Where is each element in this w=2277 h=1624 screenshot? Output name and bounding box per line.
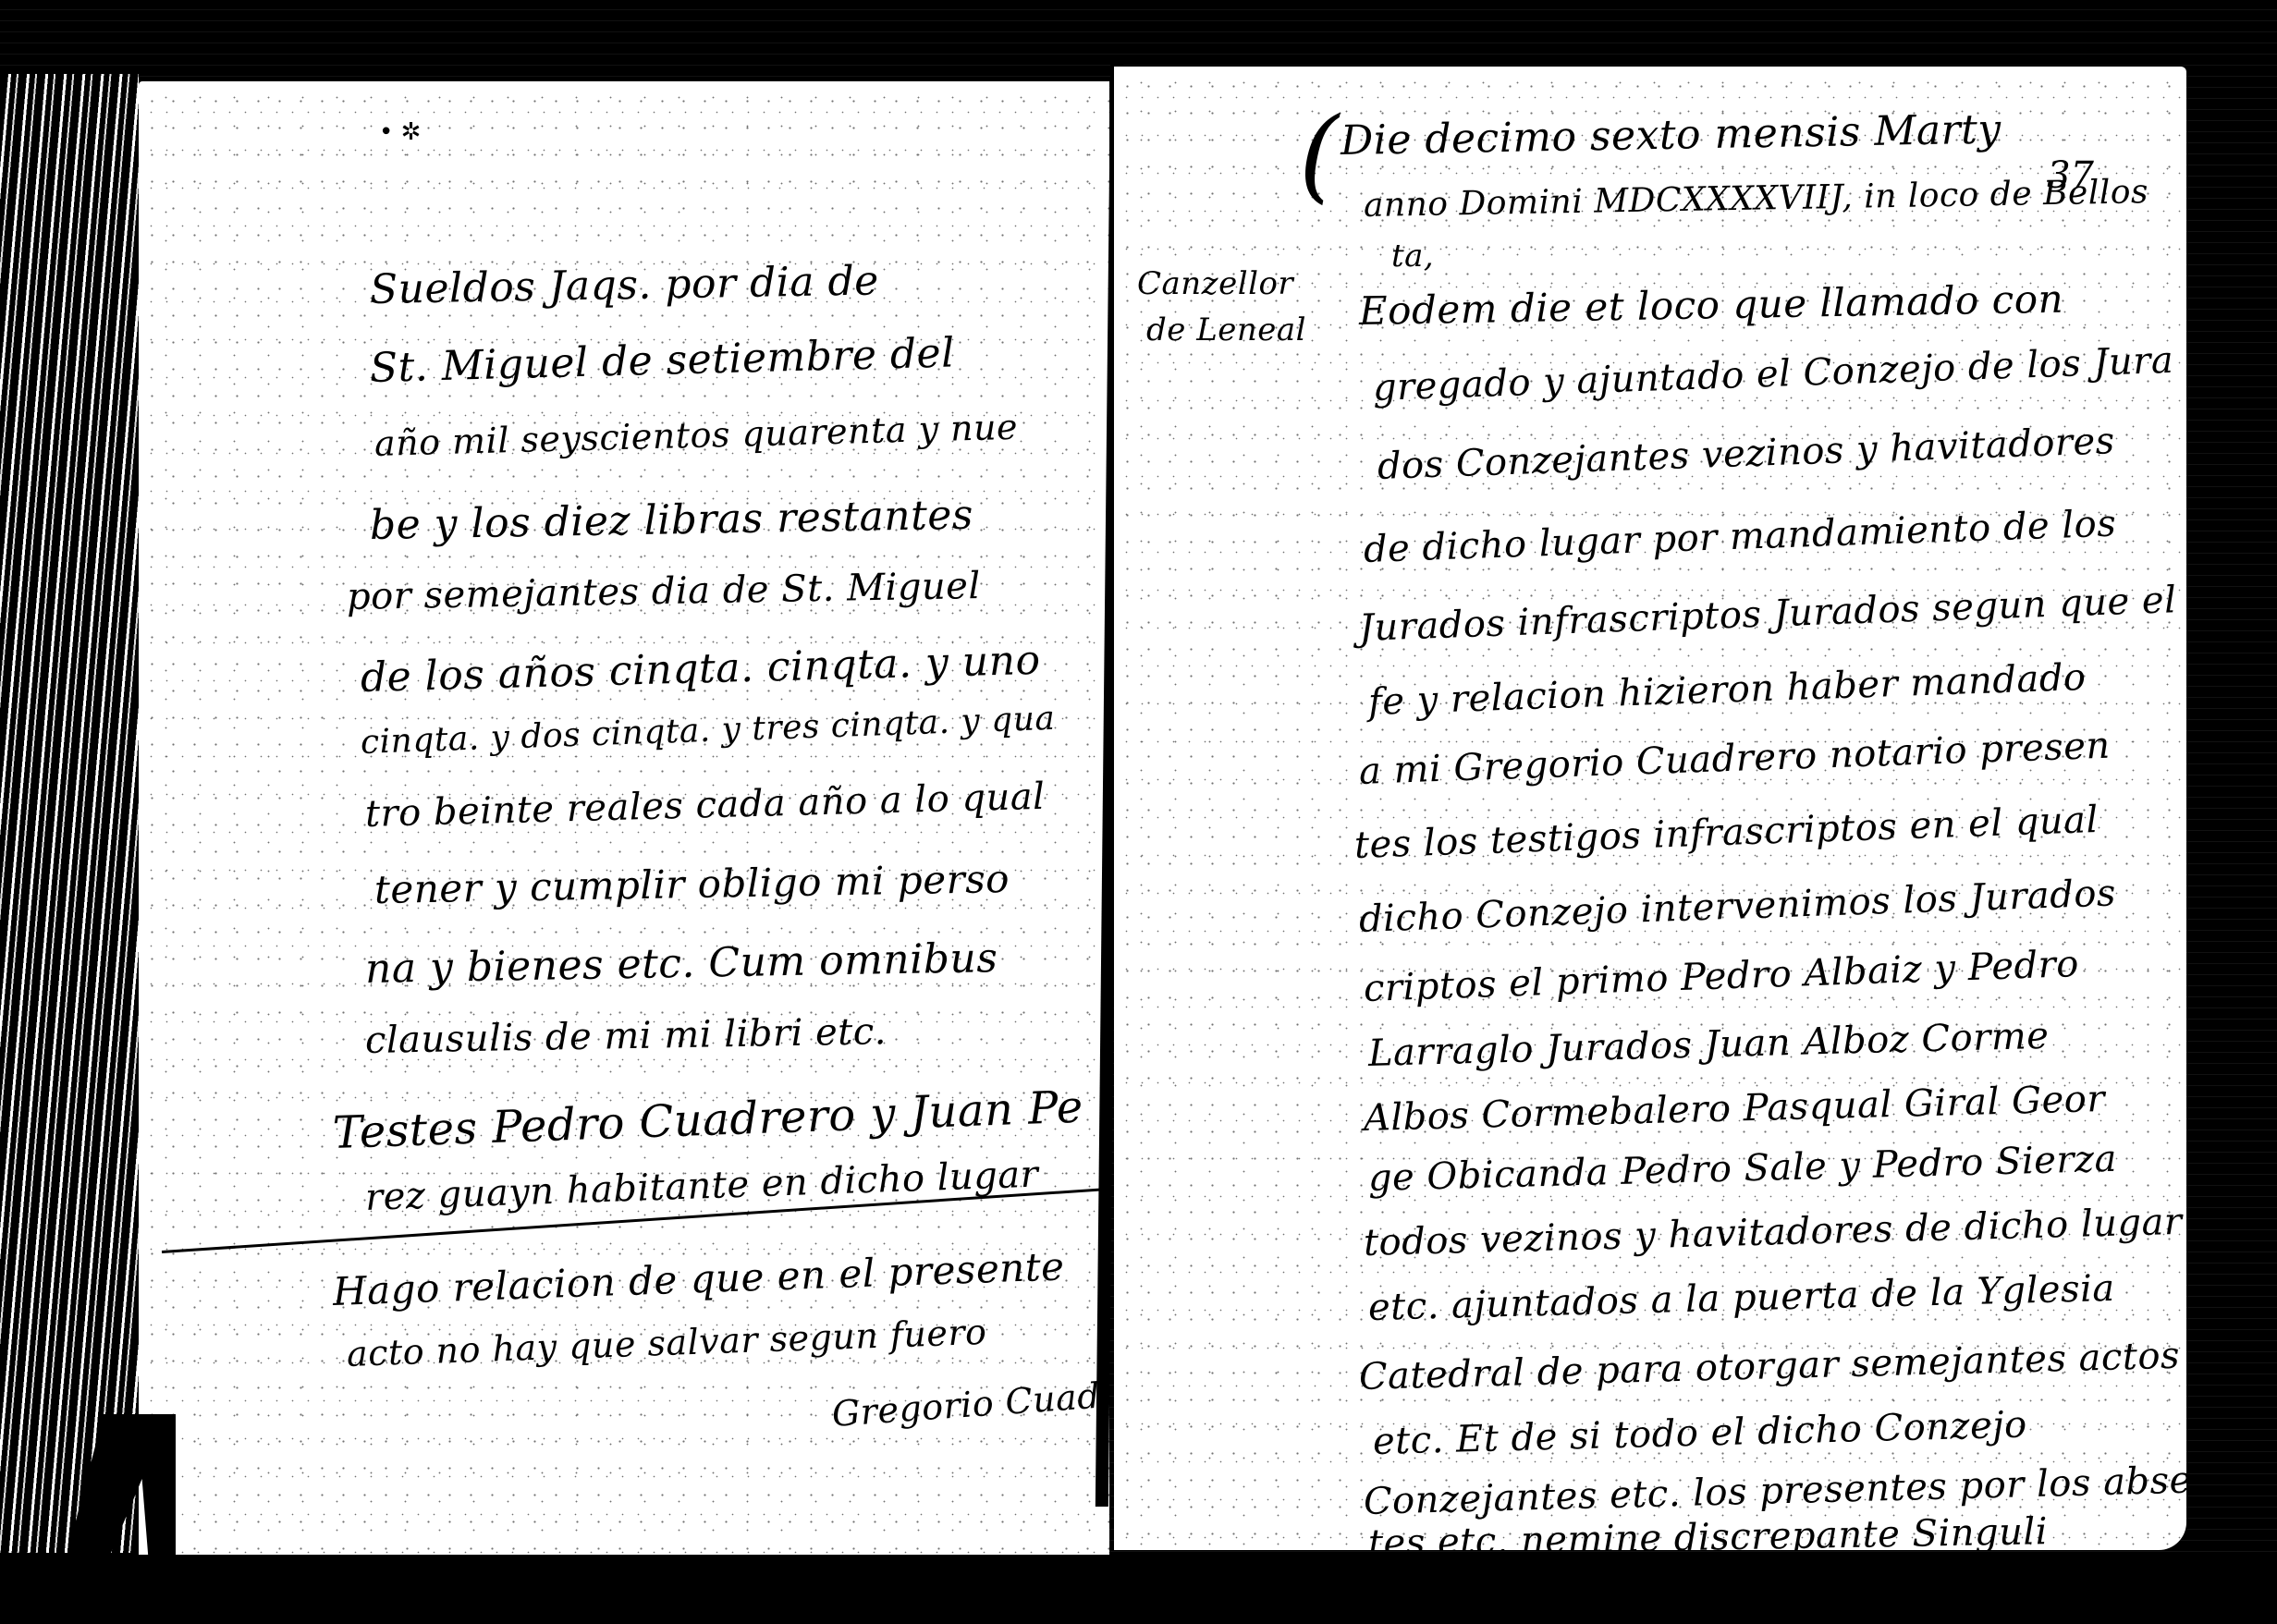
text-line: tro beinte reales cada año a lo qual xyxy=(364,775,1046,836)
page-edges-stack xyxy=(0,74,139,1553)
left-page: • ✲ Sueldos Jaqs. por dia de St. Miguel … xyxy=(139,81,1109,1560)
text-line: rez guayn habitante en dicho lugar xyxy=(364,1154,1039,1219)
margin-note-line: de Leneal xyxy=(1146,311,1306,348)
right-page: 37 Canzellor de Leneal ( Die decimo sext… xyxy=(1114,67,2186,1550)
text-line: de los años cinqta. cinqta. y uno xyxy=(360,637,1041,702)
ink-specks: • ✲ xyxy=(379,118,421,146)
text-line: etc. Et de si todo el dicho Conzejo xyxy=(1372,1403,2027,1463)
margin-note-line: Canzellor xyxy=(1137,265,1293,302)
text-line: acto no hay que salvar segun fuero xyxy=(346,1312,987,1374)
text-line: Die decimo sexto mensis Marty xyxy=(1340,106,2002,165)
text-line: ta, xyxy=(1391,238,1434,275)
text-line: Sueldos Jaqs. por dia de xyxy=(370,257,880,313)
text-line: a mi Gregorio Cuadrero notario presen xyxy=(1358,725,2111,793)
text-line: fe y relacion hizieron haber mandado xyxy=(1367,656,2087,724)
text-line: Larraglo Jurados Juan Alboz Corme xyxy=(1367,1015,2050,1075)
text-line: Hago relacion de que en el presente xyxy=(332,1243,1065,1314)
text-line: na y bienes etc. Cum omnibus xyxy=(365,934,998,993)
witnesses-line: Testes Pedro Cuadrero y Juan Pe xyxy=(332,1081,1084,1159)
text-line: anno Domini MDCXXXXVIIJ, in loco de Bell… xyxy=(1364,173,2149,225)
text-line: por semejantes dia de St. Miguel xyxy=(347,565,981,618)
text-line: etc. ajuntados a la puerta de la Yglesia xyxy=(1367,1267,2115,1329)
text-line: tes los testigos infrascriptos en el qua… xyxy=(1353,799,2099,867)
decorated-initial: ( xyxy=(1299,104,1339,205)
text-line: Catedral de para otorgar semejantes acto… xyxy=(1358,1335,2180,1398)
text-line: tener y cumplir obligo mi perso xyxy=(374,856,1010,912)
text-line: St. Miguel de setiembre del xyxy=(369,329,955,392)
text-line: de dicho lugar por mandamiento de los xyxy=(1363,503,2117,571)
text-line: clausulis de mi mi libri etc. xyxy=(365,1010,888,1062)
text-line: Conzejantes etc. los presentes por los a… xyxy=(1363,1459,2186,1523)
notary-signature: Gregorio Cuadrero xyxy=(830,1370,1109,1435)
text-line: criptos el primo Pedro Albaiz y Pedro xyxy=(1363,943,2079,1010)
text-line: año mil seyscientos quarenta y nue xyxy=(373,407,1018,464)
text-line: ge Obicanda Pedro Sale y Pedro Sierza xyxy=(1367,1138,2117,1200)
text-line: todos vezinos y havitadores de dicho lug… xyxy=(1363,1201,2183,1264)
text-line: Jurados infrascriptos Jurados segun que … xyxy=(1358,579,2177,650)
text-line: gregado y ajuntado el Conzejo de los Jur… xyxy=(1372,339,2174,409)
scan-bottom-border xyxy=(0,1555,2277,1624)
text-line: dicho Conzejo intervenimos los Jurados xyxy=(1358,872,2116,941)
text-line: be y los diez libras restantes xyxy=(370,492,974,549)
text-line: Eodem die et loco que llamado con xyxy=(1359,276,2064,334)
text-line: Albos Cormebalero Pasqual Giral Geor xyxy=(1363,1078,2105,1140)
text-line: cinqta. y dos cinqta. y tres cinqta. y q… xyxy=(360,700,1056,762)
text-line: dos Conzejantes vezinos y havitadores xyxy=(1377,420,2115,488)
